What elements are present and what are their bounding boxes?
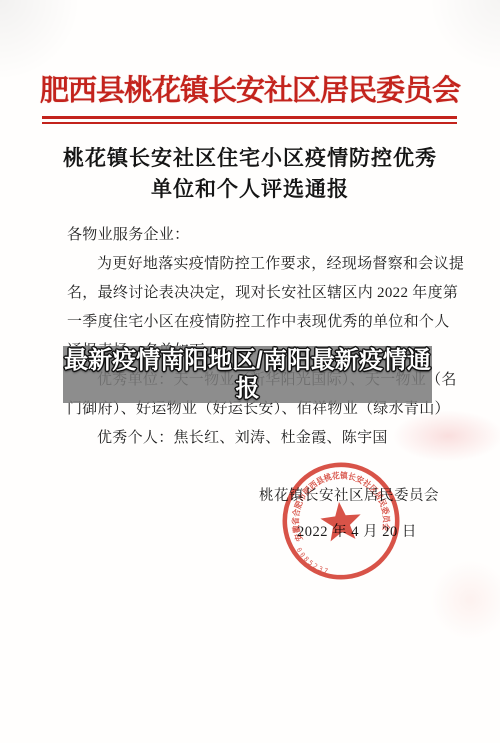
- notice-body: 各物业服务企业： 为更好地落实疫情防控工作要求，经现场督察和会议提 名，最终讨论…: [67, 221, 437, 453]
- letterhead-org-name: 肥西县桃花镇长安社区居民委员会: [0, 68, 500, 109]
- notice-title: 桃花镇长安社区住宅小区疫情防控优秀 单位和个人评选通报: [0, 143, 500, 205]
- seal-star-icon: [319, 500, 363, 542]
- document-photo: 肥西县桃花镇长安社区居民委员会 桃花镇长安社区住宅小区疫情防控优秀 单位和个人评…: [0, 0, 500, 743]
- body-line: 为更好地落实疫情防控工作要求，经现场督察和会议提: [67, 250, 437, 279]
- official-seal: 安徽省合肥市肥西县桃花镇长安社区居民委员会 0085237: [253, 433, 429, 609]
- body-line: 一季度住宅小区在疫情防控工作中表现优秀的单位和个人: [67, 308, 437, 337]
- letterhead-divider: [42, 116, 457, 124]
- body-line: 名，最终讨论表决决定，现对长安社区辖区内 2022 年度第: [67, 279, 437, 308]
- notice-title-line2: 单位和个人评选通报: [0, 174, 500, 205]
- salutation: 各物业服务企业：: [67, 221, 437, 250]
- overlay-banner-text: 最新疫情南阳地区/南阳最新疫情通报: [63, 347, 432, 403]
- notice-title-line1: 桃花镇长安社区住宅小区疫情防控优秀: [0, 143, 500, 174]
- overlay-banner: 最新疫情南阳地区/南阳最新疫情通报: [63, 346, 432, 403]
- pink-smudge-lower: [430, 560, 500, 640]
